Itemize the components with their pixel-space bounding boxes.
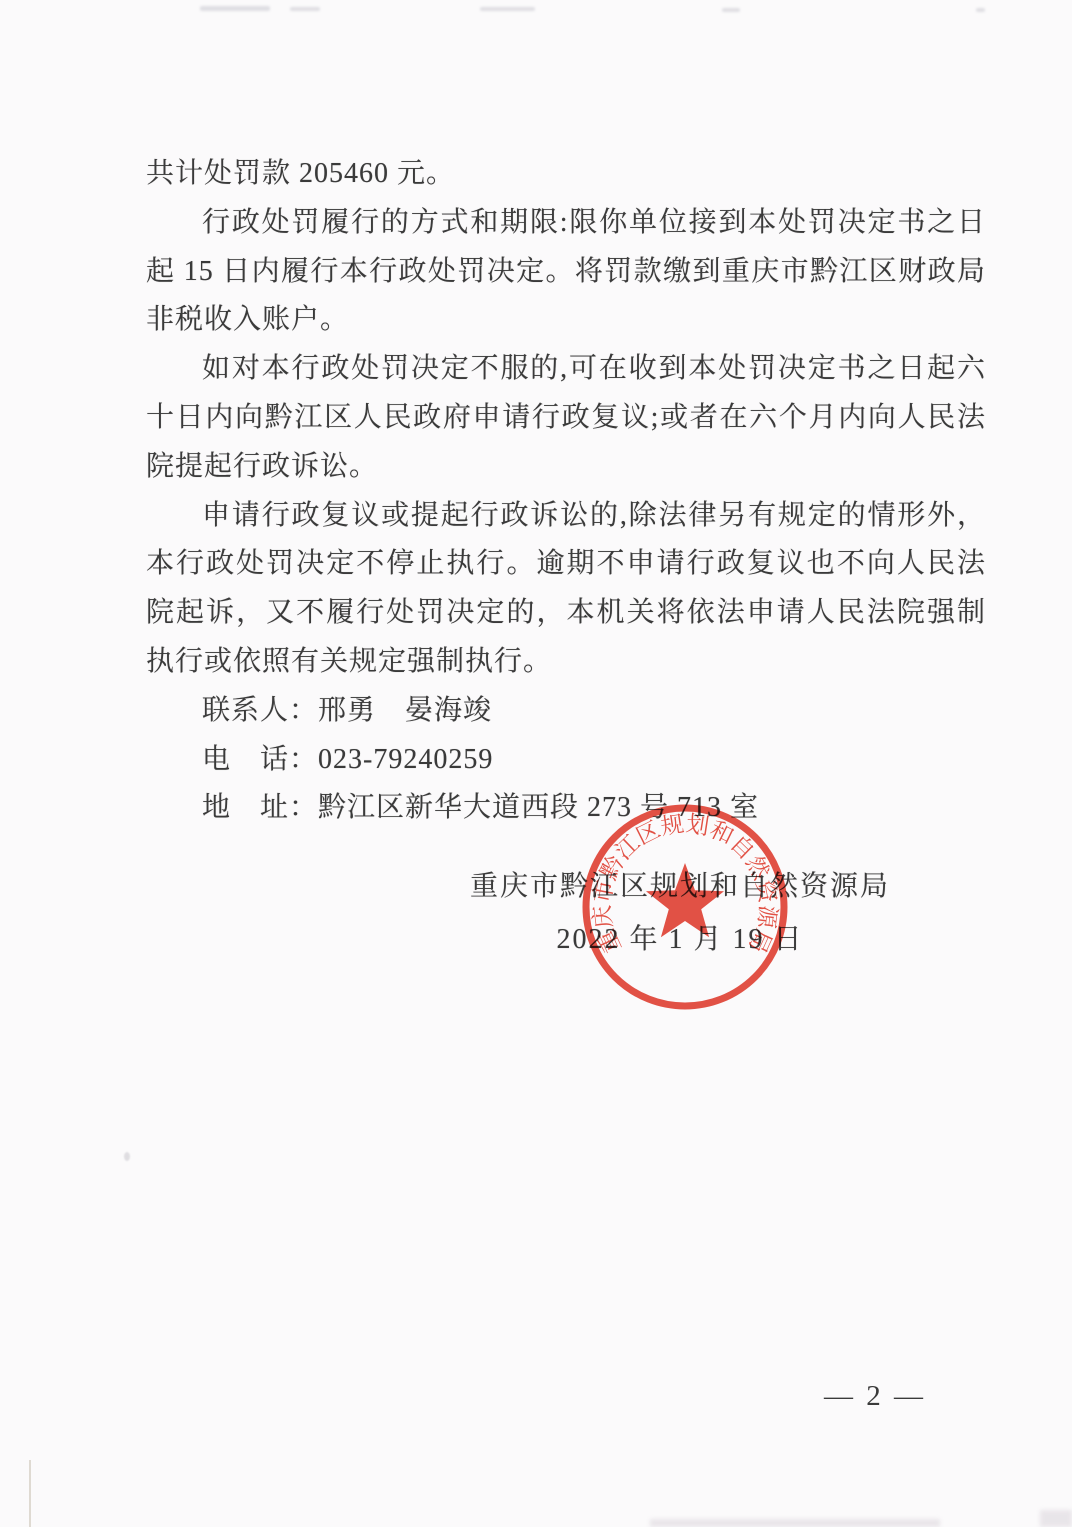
contact-person-row: 联系人：邢勇 晏海竣: [146, 687, 986, 736]
scan-artifact: [1040, 1510, 1072, 1527]
scan-artifact: [124, 1152, 130, 1161]
star-icon: [646, 863, 724, 937]
scan-artifact: [650, 1519, 940, 1527]
scanned-document-page: 共计处罚款 205460 元。 行政处罚履行的方式和期限:限你单位接到本处罚决定…: [0, 0, 1072, 1527]
document-body: 共计处罚款 205460 元。 行政处罚履行的方式和期限:限你单位接到本处罚决定…: [146, 150, 986, 833]
page-number: — 2 —: [810, 1380, 940, 1413]
scan-artifact: [976, 8, 985, 12]
body-paragraph: 申请行政复议或提起行政诉讼的,除法律另有规定的情形外，本行政处罚决定不停止执行。…: [146, 492, 986, 687]
scan-artifact: [200, 6, 270, 11]
contact-phone-row: 电 话：023-79240259: [146, 736, 986, 785]
body-paragraph: 如对本行政处罚决定不服的,可在收到本处罚决定书之日起六十日内向黔江区人民政府申请…: [146, 345, 986, 491]
contact-phone-value: 023-79240259: [318, 744, 493, 775]
body-paragraph: 行政处罚履行的方式和期限:限你单位接到本处罚决定书之日起 15 日内履行本行政处…: [146, 199, 986, 345]
official-seal: 重庆市黔江区规划和自然资源局: [579, 801, 791, 1013]
scan-artifact: [480, 7, 535, 11]
scan-artifact: [722, 8, 740, 12]
contact-address-label: 地 址：: [202, 792, 318, 823]
scan-artifact: [290, 7, 320, 11]
contact-address-row: 地 址：黔江区新华大道西段 273 号 713 室: [146, 784, 986, 833]
contact-person-label: 联系人：: [202, 695, 318, 726]
contact-phone-label: 电 话：: [202, 744, 318, 775]
contact-person-value: 邢勇 晏海竣: [318, 695, 492, 726]
scan-artifact: [29, 1460, 31, 1527]
body-paragraph: 共计处罚款 205460 元。: [146, 150, 986, 199]
